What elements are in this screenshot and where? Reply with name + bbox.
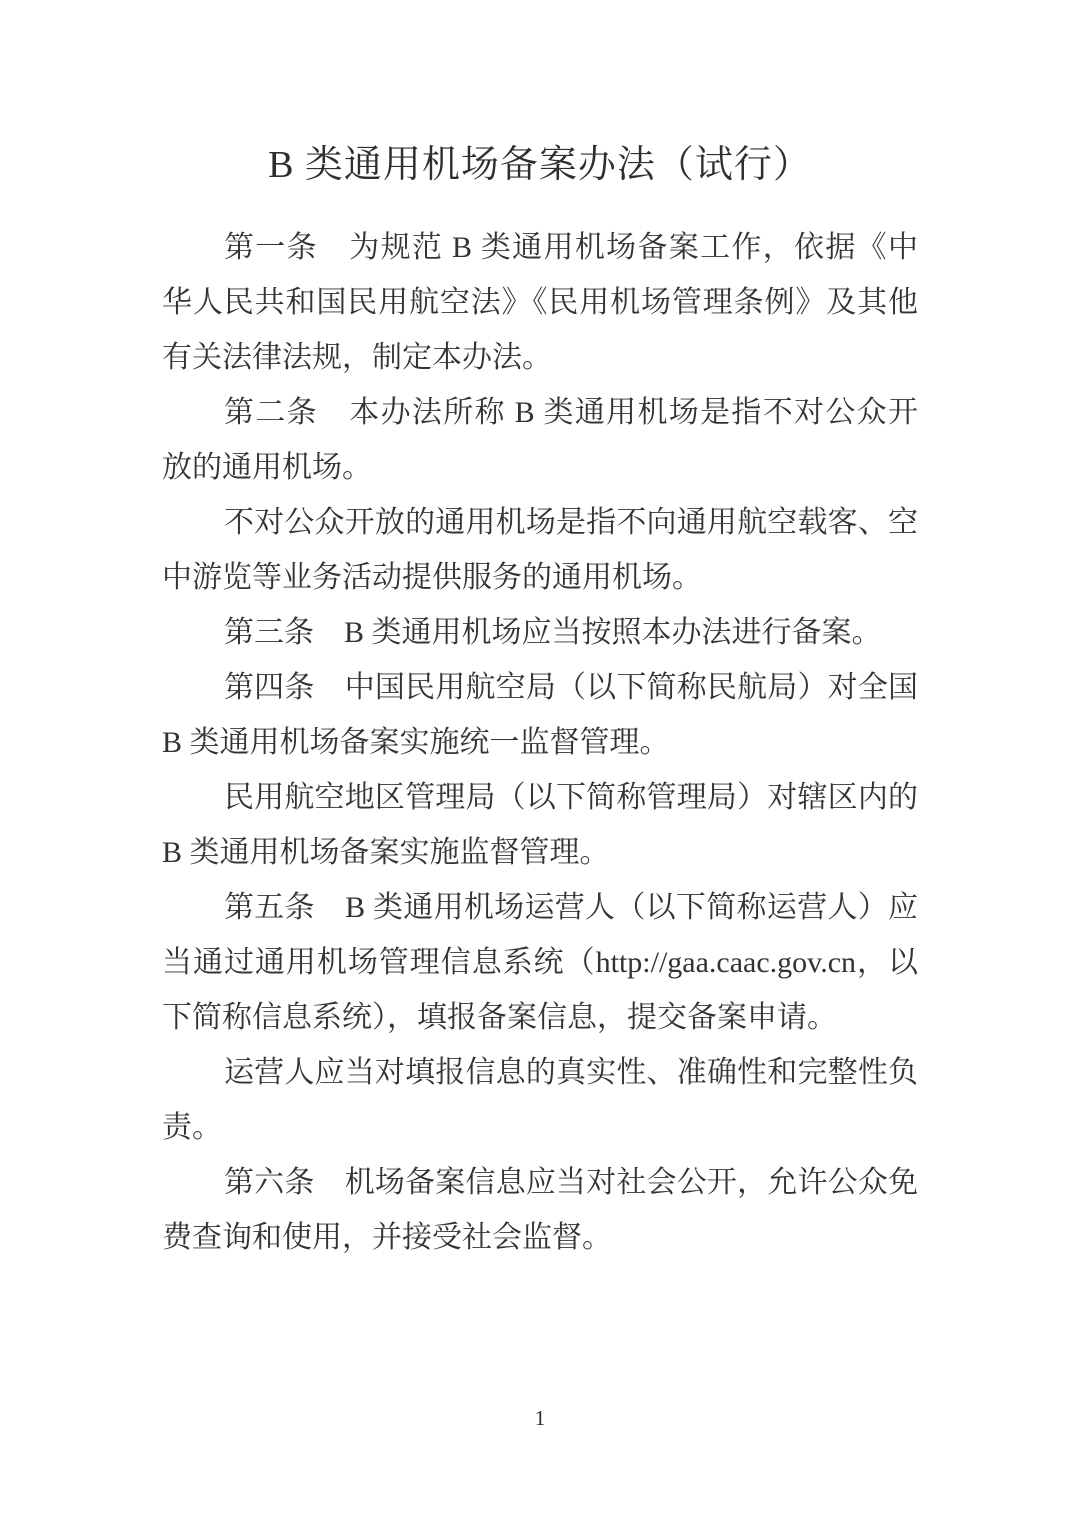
article-4-paragraph: 第四条 中国民用航空局（以下简称民航局）对全国 B 类通用机场备案实施统一监督管… [162,660,918,770]
article-1-paragraph: 第一条 为规范 B 类通用机场备案工作，依据《中华人民共和国民用航空法》《民用机… [162,220,918,385]
document-page: B 类通用机场备案办法（试行） 第一条 为规范 B 类通用机场备案工作，依据《中… [0,0,1080,1527]
document-body: B 类通用机场备案办法（试行） 第一条 为规范 B 类通用机场备案工作，依据《中… [162,140,918,1265]
article-2-paragraph: 第二条 本办法所称 B 类通用机场是指不对公众开放的通用机场。 [162,385,918,495]
article-4-continued-paragraph: 民用航空地区管理局（以下简称管理局）对辖区内的 B 类通用机场备案实施监督管理。 [162,770,918,880]
page-footer: 1 [0,1406,1080,1431]
page-number: 1 [535,1406,546,1430]
article-5-continued-paragraph: 运营人应当对填报信息的真实性、准确性和完整性负责。 [162,1045,918,1155]
article-5-paragraph: 第五条 B 类通用机场运营人（以下简称运营人）应当通过通用机场管理信息系统（ht… [162,880,918,1045]
article-3-paragraph: 第三条 B 类通用机场应当按照本办法进行备案。 [162,605,918,660]
document-title: B 类通用机场备案办法（试行） [162,140,918,190]
article-2-continued-paragraph: 不对公众开放的通用机场是指不向通用航空载客、空中游览等业务活动提供服务的通用机场… [162,495,918,605]
article-6-paragraph: 第六条 机场备案信息应当对社会公开，允许公众免费查询和使用，并接受社会监督。 [162,1155,918,1265]
